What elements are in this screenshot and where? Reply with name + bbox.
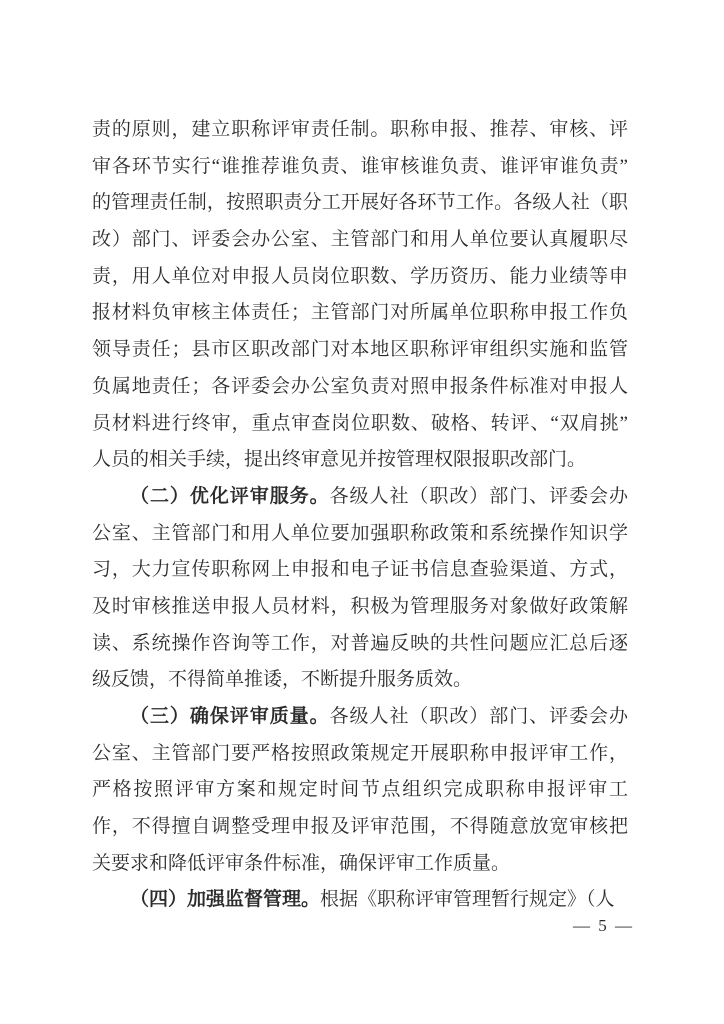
text-line: 人员的相关手续，提出终审意见并按管理权限报职改部门。 <box>92 442 628 479</box>
text-line: 严格按照评审方案和规定时间节点组织完成职称申报评审工 <box>92 772 628 809</box>
text-line: （四）加强监督管理。根据《职称评审管理暂行规定》（人 <box>92 882 628 919</box>
text-line: 习，大力宣传职称网上申报和电子证书信息查验渠道、方式， <box>92 552 628 589</box>
text-line: （三）确保评审质量。各级人社（职改）部门、评委会办 <box>92 699 628 736</box>
text-line: 报材料负审核主体责任；主管部门对所属单位职称申报工作负 <box>92 295 628 332</box>
text-line: 级反馈，不得简单推诿，不断提升服务质效。 <box>92 662 628 699</box>
text-line: 员材料进行终审，重点审查岗位职数、破格、转评、“双肩挑” <box>92 406 628 443</box>
section-heading: （四）加强监督管理。 <box>130 889 320 910</box>
text-line: 改）部门、评委会办公室、主管部门和用人单位要认真履职尽 <box>92 222 628 259</box>
text-line: 作，不得擅自调整受理申报及评审范围，不得随意放宽审核把 <box>92 809 628 846</box>
text-line: 负属地责任；各评委会办公室负责对照申报条件标准对申报人 <box>92 369 628 406</box>
text-line: 领导责任；县市区职改部门对本地区职称评审组织实施和监管 <box>92 332 628 369</box>
text-line: 审各环节实行“谁推荐谁负责、谁审核谁负责、谁评审谁负责” <box>92 149 628 186</box>
text-line: 读、系统操作咨询等工作，对普遍反映的共性问题应汇总后逐 <box>92 626 628 663</box>
text-line: 关要求和降低评审条件标准，确保评审工作质量。 <box>92 846 628 883</box>
page-number: — 5 — <box>573 916 634 936</box>
text-line: 责的原则，建立职称评审责任制。职称申报、推荐、审核、评 <box>92 112 628 149</box>
document-page: 责的原则，建立职称评审责任制。职称申报、推荐、审核、评审各环节实行“谁推荐谁负责… <box>0 0 724 1024</box>
text-line: 公室、主管部门要严格按照政策规定开展职称申报评审工作， <box>92 736 628 773</box>
text-line: 的管理责任制，按照职责分工开展好各环节工作。各级人社（职 <box>92 185 628 222</box>
text-line: 及时审核推送申报人员材料，积极为管理服务对象做好政策解 <box>92 589 628 626</box>
section-heading: （三）确保评审质量。 <box>130 706 330 727</box>
text-line: （二）优化评审服务。各级人社（职改）部门、评委会办 <box>92 479 628 516</box>
document-body: 责的原则，建立职称评审责任制。职称申报、推荐、审核、评审各环节实行“谁推荐谁负责… <box>92 112 628 919</box>
text-line: 公室、主管部门和用人单位要加强职称政策和系统操作知识学 <box>92 516 628 553</box>
text-line: 责，用人单位对申报人员岗位职数、学历资历、能力业绩等申 <box>92 259 628 296</box>
section-heading: （二）优化评审服务。 <box>130 486 330 507</box>
